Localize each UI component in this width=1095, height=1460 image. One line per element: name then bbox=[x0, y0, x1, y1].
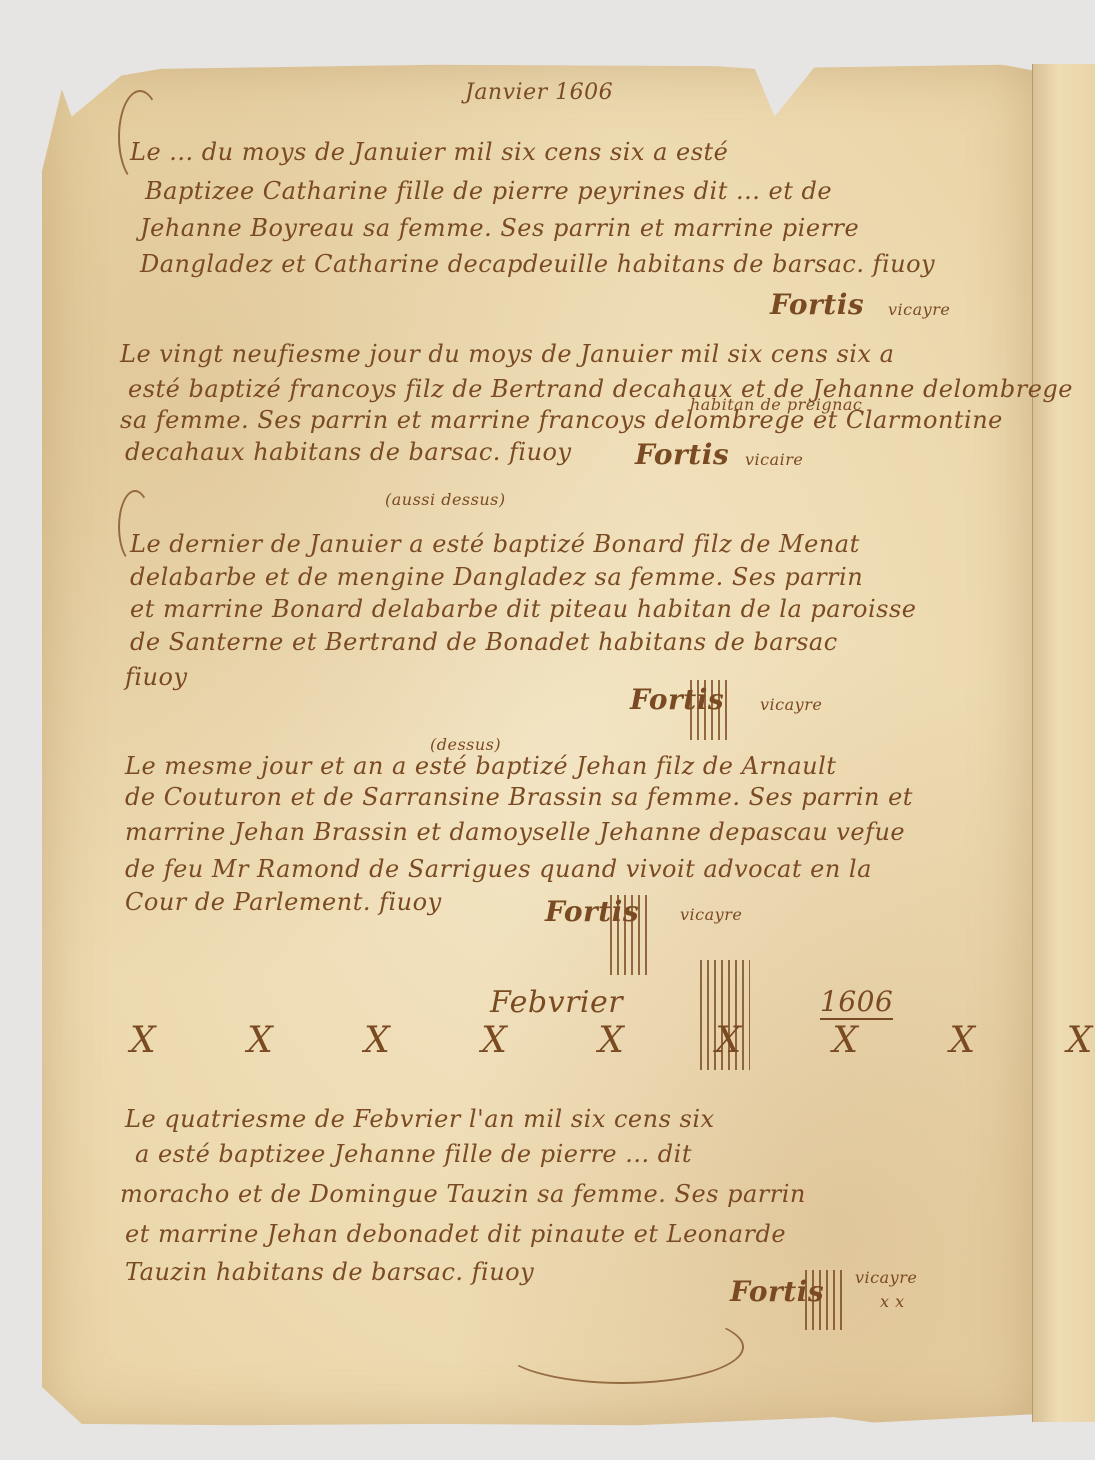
feb-entry-line-3: moracho et de Domingue Tauzin sa femme. … bbox=[120, 1180, 806, 1208]
entry-3-line-2: delabarbe et de mengine Dangladez sa fem… bbox=[130, 563, 863, 591]
entry-4-line-4: de feu Mr Ramond de Sarrigues quand vivo… bbox=[125, 855, 872, 883]
entry-2-signature: Fortis bbox=[635, 438, 729, 471]
february-heading-month: Febvrier bbox=[490, 985, 623, 1020]
signature-flourish bbox=[500, 1310, 744, 1384]
decorative-x-marks: X X X X X X X X X bbox=[130, 1020, 1095, 1061]
february-heading-year: 1606 bbox=[820, 985, 893, 1020]
entry-1-line-3: Jehanne Boyreau sa femme. Ses parrin et … bbox=[140, 214, 859, 242]
feb-entry-line-2: a esté baptizee Jehanne fille de pierre … bbox=[135, 1140, 692, 1168]
entry-2-line-4: decahaux habitans de barsac. fiuoy bbox=[125, 438, 572, 466]
large-paraph bbox=[700, 960, 750, 1070]
feb-entry-line-1: Le quatriesme de Febvrier l'an mil six c… bbox=[125, 1105, 715, 1133]
entry-4-line-2: de Couturon et de Sarransine Brassin sa … bbox=[125, 783, 913, 811]
entry-3-above-note: (aussi dessus) bbox=[385, 490, 506, 509]
signature-paraph bbox=[805, 1270, 845, 1330]
month-heading: Janvier 1606 bbox=[465, 80, 613, 105]
initial-flourish bbox=[118, 90, 162, 184]
entry-1-signature-title: vicayre bbox=[888, 300, 950, 319]
entry-3-line-4: de Santerne et Bertrand de Bonadet habit… bbox=[130, 628, 838, 656]
entry-1-line-1: Le ... du moys de Januier mil six cens s… bbox=[130, 138, 728, 166]
entry-1-line-2: Baptizee Catharine fille de pierre peyri… bbox=[145, 177, 832, 205]
entry-3-line-1: Le dernier de Januier a esté baptizé Bon… bbox=[130, 530, 860, 558]
entry-3-signature-title: vicayre bbox=[760, 695, 822, 714]
feb-entry-signature-title: vicayre bbox=[855, 1268, 917, 1287]
entry-4-signature-title: vicayre bbox=[680, 905, 742, 924]
entry-1-line-4: Dangladez et Catharine decapdeuille habi… bbox=[140, 250, 935, 278]
entry-2-line-1: Le vingt neufiesme jour du moys de Janui… bbox=[120, 340, 894, 368]
entry-2-line-3: sa femme. Ses parrin et marrine francoys… bbox=[120, 406, 1003, 434]
feb-entry-line-5: Tauzin habitans de barsac. fiuoy bbox=[125, 1258, 534, 1286]
adjacent-folded-sheet bbox=[1032, 64, 1095, 1422]
signature-paraph bbox=[690, 680, 730, 740]
entry-2-margin-note: habitan de preignac bbox=[690, 395, 862, 414]
entry-2-line-2: esté baptizé francoys filz de Bertrand d… bbox=[128, 375, 1073, 403]
entry-1-signature: Fortis bbox=[770, 288, 864, 321]
feb-entry-margin-marks: x x bbox=[880, 1292, 905, 1311]
entry-4-line-1: Le mesme jour et an a esté baptizé Jehan… bbox=[125, 752, 836, 780]
entry-2-signature-title: vicaire bbox=[745, 450, 803, 469]
entry-4-line-3: marrine Jehan Brassin et damoyselle Jeha… bbox=[125, 818, 905, 846]
signature-paraph bbox=[610, 895, 650, 975]
entry-4-line-5: Cour de Parlement. fiuoy bbox=[125, 888, 442, 916]
entry-3-line-3: et marrine Bonard delabarbe dit piteau h… bbox=[130, 595, 917, 623]
feb-entry-line-4: et marrine Jehan debonadet dit pinaute e… bbox=[125, 1220, 786, 1248]
entry-3-line-5: fiuoy bbox=[125, 663, 188, 691]
